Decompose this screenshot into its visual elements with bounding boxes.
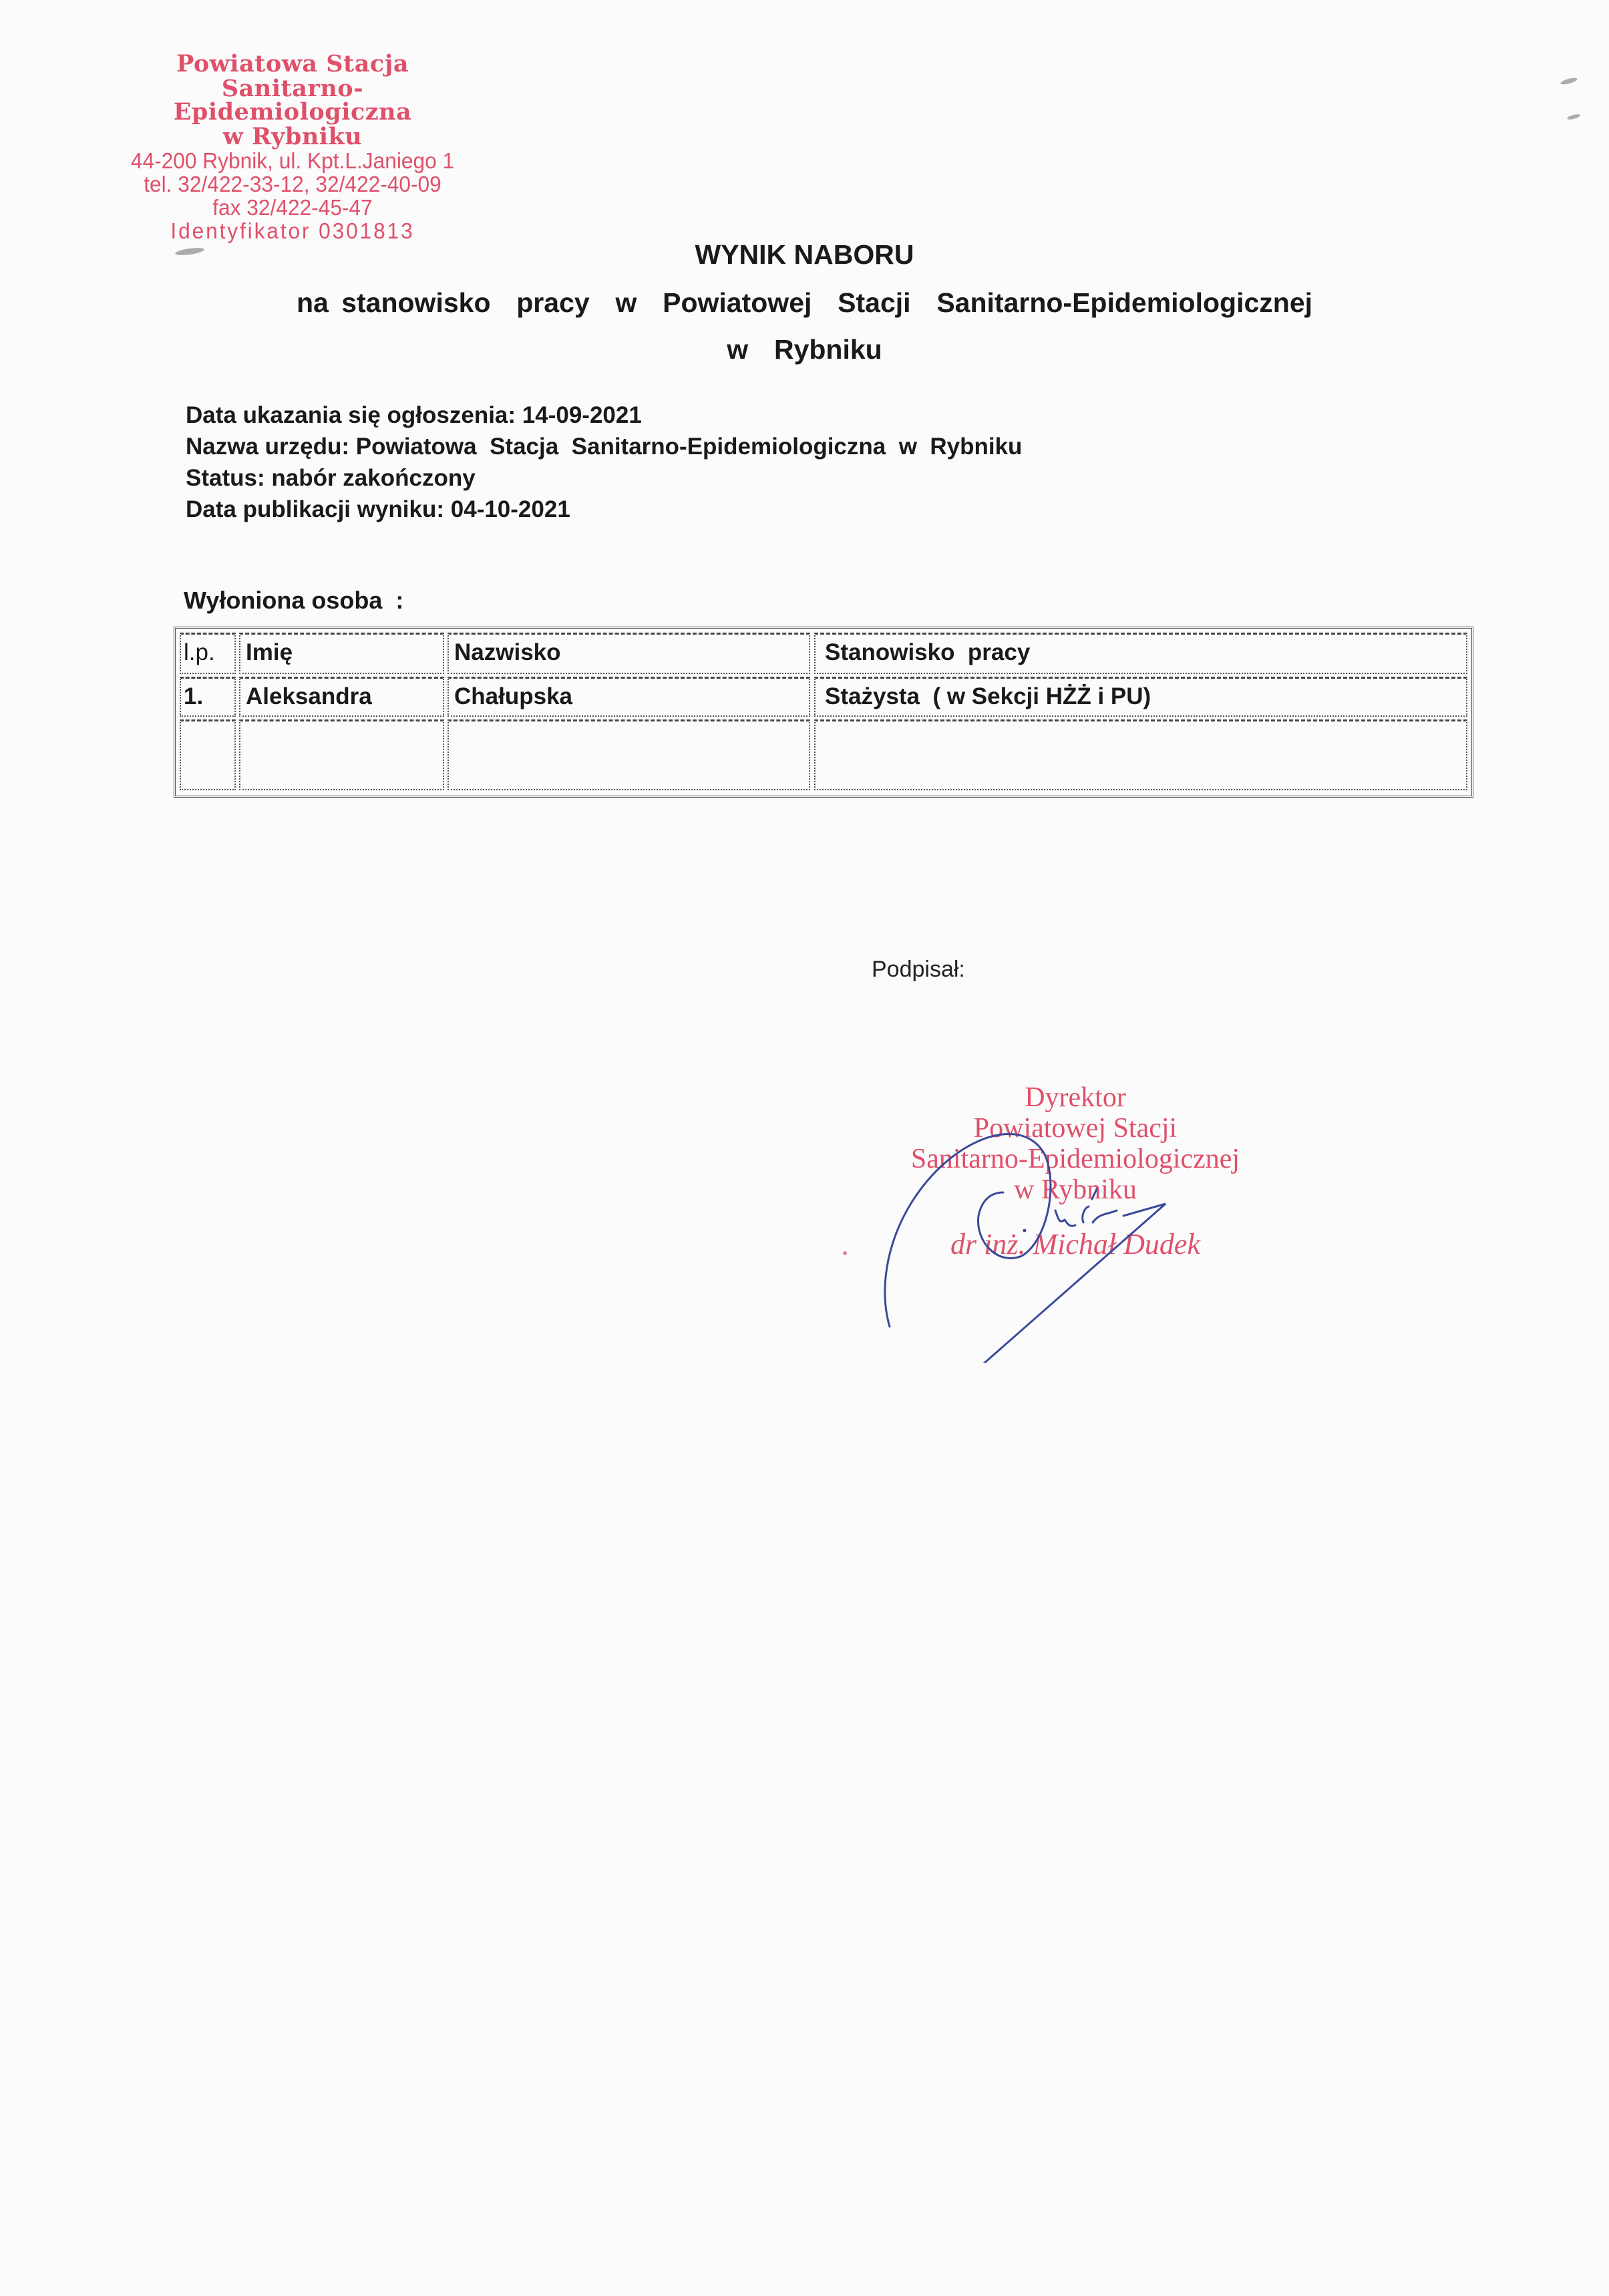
table-row-1-last-name: Chałupska (448, 677, 810, 717)
selected-person-table: l.p. Imię Nazwisko Stanowisko pracy 1. A… (174, 627, 1473, 798)
document-title: WYNIK NABORU (0, 239, 1609, 271)
table-row-2-last-name (448, 719, 810, 790)
table-header-first-name: Imię (239, 633, 444, 674)
table-row-1-first-name: Aleksandra (239, 677, 444, 717)
scan-speck (1567, 114, 1581, 121)
stamp-line: Powiatowa Stacja (112, 52, 473, 75)
institution-stamp: Powiatowa Stacja Sanitarno-Epidemiologic… (112, 52, 473, 242)
document-subtitle-location: w Rybniku (0, 334, 1609, 365)
handwritten-signature-icon (855, 1055, 1269, 1363)
announcement-date: Data ukazania się ogłoszenia: 14-09-2021 (186, 399, 1022, 431)
recruitment-status: Status: nabór zakończony (186, 462, 1022, 494)
document-subtitle: na stanowisko pracy w Powiatowej Stacji … (0, 287, 1609, 319)
table-header-last-name: Nazwisko (448, 633, 810, 674)
result-date: Data publikacji wyniku: 04-10-2021 (186, 494, 1022, 525)
table-row-2-position (814, 719, 1467, 790)
table-header-lp: l.p. (180, 633, 236, 674)
office-name: Nazwa urzędu: Powiatowa Stacja Sanitarno… (186, 431, 1022, 462)
table-row-2-lp (180, 719, 236, 790)
table-header-position: Stanowisko pracy (814, 633, 1467, 674)
stamp-address: 44-200 Rybnik, ul. Kpt.L.Janiego 1 (120, 150, 466, 172)
table-row-1-position: Stażysta ( w Sekcji HŻŻ i PU) (814, 677, 1467, 717)
stamp-line: Sanitarno-Epidemiologiczna (112, 77, 473, 124)
selected-person-label: Wyłoniona osoba : (184, 587, 403, 615)
table-row-2-first-name (239, 719, 444, 790)
stamp-phone: tel. 32/422-33-12, 32/422-40-09 (120, 173, 466, 195)
recruitment-info: Data ukazania się ogłoszenia: 14-09-2021… (186, 399, 1022, 525)
table-row-1-lp: 1. (180, 677, 236, 717)
stamp-fax: fax 32/422-45-47 (120, 196, 466, 218)
stamp-line: w Rybniku (112, 125, 473, 148)
signed-by-label: Podpisał: (872, 957, 965, 983)
scan-speck (1560, 77, 1578, 86)
scan-speck (843, 1251, 847, 1255)
